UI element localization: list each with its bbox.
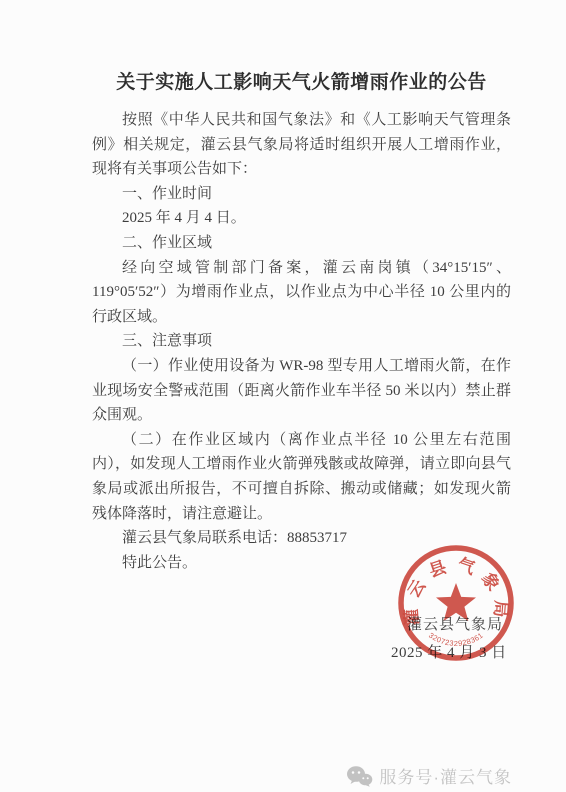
section-3-paragraph-1: （一）作业使用设备为 WR-98 型专用人工增雨火箭，在作业现场安全警戒范围（距… bbox=[92, 354, 511, 428]
announcement-document: 关于实施人工影响天气火箭增雨作业的公告 按照《中华人民共和国气象法》和《人工影响… bbox=[92, 64, 511, 575]
footer-label: 服务号·灌云气象 bbox=[379, 763, 512, 788]
section-3-heading: 三、注意事项 bbox=[92, 329, 511, 354]
footer-watermark: 服务号·灌云气象 bbox=[346, 763, 512, 788]
section-3-paragraph-2: （二）在作业区域内（离作业点半径 10 公里左右范围内），如发现人工增雨作业火箭… bbox=[92, 428, 511, 526]
section-2-paragraph: 经向空域管制部门备案，灌云南岗镇（34°15′15″、119°05′52″）为增… bbox=[92, 256, 511, 330]
seal-star-icon bbox=[436, 583, 476, 621]
section-1-heading: 一、作业时间 bbox=[92, 182, 511, 207]
official-seal-stamp: 灌云县气象局 3207232928361 bbox=[394, 541, 518, 665]
section-2-heading: 二、作业区域 bbox=[92, 231, 511, 256]
intro-paragraph: 按照《中华人民共和国气象法》和《人工影响天气管理条例》相关规定，灌云县气象局将适… bbox=[92, 108, 511, 182]
section-1-paragraph: 2025 年 4 月 4 日。 bbox=[92, 206, 511, 231]
document-title: 关于实施人工影响天气火箭增雨作业的公告 bbox=[92, 68, 511, 98]
seal-serial-number: 3207232928361 bbox=[427, 631, 485, 648]
wechat-icon bbox=[346, 765, 373, 787]
